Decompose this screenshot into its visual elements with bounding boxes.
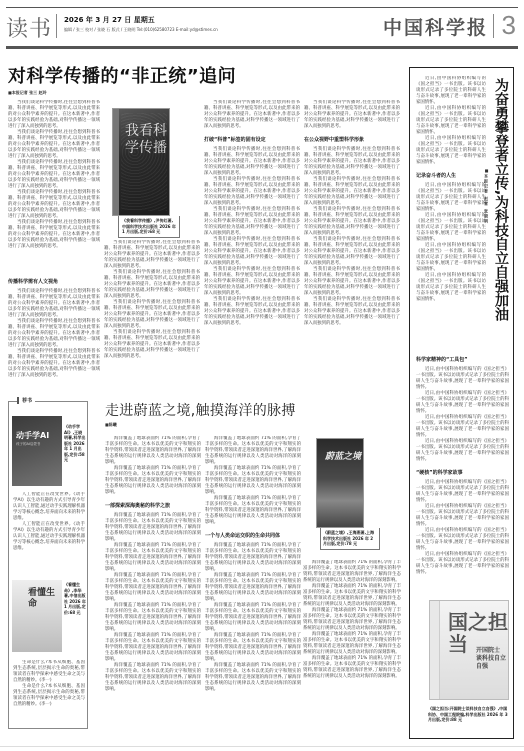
recommend-text-1: 人工智能正在改变世界。《动手学AI》以生动有趣的方式引导青少年认识人工智能,通过… xyxy=(13,492,85,576)
sidebar-column-2: 科学家精神的“工具包” 近日,由中国科协组织编写的《国之担当》一书出版。该书以访… xyxy=(416,350,509,590)
sidebar-column-1: 近日,由中国科协组织编写的《国之担当》一书出版。该书以访谈形式记录了多位院士的科… xyxy=(416,76,486,346)
recommend-book1-caption: 《动手学AI》,王晓明著,科学出版社 2026 年 1 月出版,定价:58 元 xyxy=(64,424,86,463)
article2-book-cover: 蔚蓝之境 xyxy=(316,438,364,528)
sidebar-book-caption: 《国之担当:开国院士谈科技自立自强》,中国科协、中国工程院编,科学出版社 202… xyxy=(428,706,510,723)
book-spine xyxy=(113,109,119,215)
article2-column-3: 海洋覆盖了地球表面约 71% 的面积,孕育了丰富多样的生命。这本书以优美的文字和… xyxy=(303,560,401,742)
page-number: 3 xyxy=(502,10,516,41)
masthead-divider-right xyxy=(493,14,494,38)
article2-subhead-2: 一个与人类命运交织的生命共同体 xyxy=(205,532,301,539)
book-recommendations: 荐书 动手学AI 孩子的AI启蒙书 《动手学AI》,王晓明著,科学出版社 202… xyxy=(8,401,88,729)
article2-book-caption: 《蔚蓝之境》,王海燕著,上海科学技术出版社 2026 年 2 月出版,定价:78… xyxy=(320,528,380,550)
book-caption: 《我看科学传播》,尹传红著,中国科学技术出版社 2026 年 1 月出版,定价:… xyxy=(118,216,180,238)
article2-subhead-1: 一部探索深海奥秘的科学之旅 xyxy=(105,502,201,509)
article1-subhead-3: 在公众视野中重塑科学形象 xyxy=(304,136,400,143)
sidebar-subhead-3: “硬核”的科学家故事 xyxy=(416,469,509,476)
recommend-book1-cover: 动手学AI 孩子的AI启蒙书 xyxy=(12,416,62,486)
sidebar-book-cover: 国之担当 开国院士 谈科技自立自强 xyxy=(429,600,509,700)
section-name: 读书 xyxy=(6,12,52,43)
sidebar-headline[interactable]: 为奋勇攀登者立传,为科技自立自强加油 xyxy=(493,78,509,321)
recommend-book2-cover: 看懂生命 xyxy=(12,580,62,652)
book-cover-title: 我看科学传播 xyxy=(125,123,169,157)
article1-column-4: 当我们谈论科学传播时,往往会想到科普书籍、科普讲座、科学展览等形式,以及由此带来… xyxy=(304,100,400,384)
article1-column-1: 当我们谈论科学传播时,往往会想到科普书籍、科普讲座、科学展览等形式,以及由此带来… xyxy=(8,100,100,270)
masthead: 读书 2026 年 3 月 27 日 星期五 编辑 / 张三 校对 / 张晓 石… xyxy=(6,8,518,46)
article2-column-1: 海洋覆盖了地球表面约 71% 的面积,孕育了丰富多样的生命。这本书以优美的文字和… xyxy=(105,436,201,742)
article1-text: 当我们谈论科学传播时,往往会想到科普书籍、科普讲座、科学展览等形式,以及由此带来… xyxy=(8,100,100,250)
article1-subhead-2: 打破“科普”标签的固有设定 xyxy=(204,136,300,143)
newspaper-logo: 中国科学报 xyxy=(383,13,488,40)
article1-column-2: 当我们谈论科学传播时,往往会想到科普书籍、科普讲座、科学展览等形式,以及由此带来… xyxy=(104,240,200,384)
article2-book-title: 蔚蓝之境 xyxy=(325,449,361,462)
article2-column-2: 海洋覆盖了地球表面约 71% 的面积,孕育了丰富多样的生命。这本书以优美的文字和… xyxy=(205,436,301,742)
issue-date: 2026 年 3 月 27 日 星期五 xyxy=(64,15,155,25)
article1-subhead-1: 传播科学需有人文视角 xyxy=(8,278,100,285)
article1-column-3: 当我们谈论科学传播时,往往会想到科普书籍、科普讲座、科学展览等形式,以及由此带来… xyxy=(204,100,300,384)
sidebar-book-subtitle: 开国院士 谈科技自立自强 xyxy=(476,647,508,671)
sidebar-subhead-2: 科学家精神的“工具包” xyxy=(416,356,509,363)
recommend-label: 荐书 xyxy=(17,397,35,404)
article1-byline: ■本报记者 张三 赵玲 xyxy=(8,90,47,96)
editorial-credits: 编辑 / 张三 校对 / 张晓 石 版式 / 王晓明 Tel:(010)6258… xyxy=(64,27,218,33)
recommend-book2-caption: 《看懂生命》,李华著,中信出版社 2026 年 1 月出版,定价:68 元 xyxy=(64,582,86,615)
article2-byline: ■陈曦 xyxy=(105,422,117,428)
masthead-bottom-rule xyxy=(6,46,518,49)
sidebar-subhead-1: 记录奋斗者的人生 xyxy=(416,172,486,179)
masthead-divider xyxy=(56,14,57,38)
article1-headline[interactable]: 对科学传播的“非正统”追问 xyxy=(8,62,236,88)
book-cover-image: 我看科学传播 xyxy=(112,108,170,216)
recommend-text-2: 生命是什么?本书从细胞、基因到生态系统,层层揭示生命的奥秘,带领读者在科学探索中… xyxy=(13,660,85,724)
article2-headline[interactable]: 走进蔚蓝之境,触摸海洋的脉搏 xyxy=(105,400,296,420)
article1-column-1b: 传播科学需有人文视角 当我们谈论科学传播时,往往会想到科普书籍、科普讲座、科学展… xyxy=(8,272,100,384)
page-bottom-rule xyxy=(0,746,524,747)
